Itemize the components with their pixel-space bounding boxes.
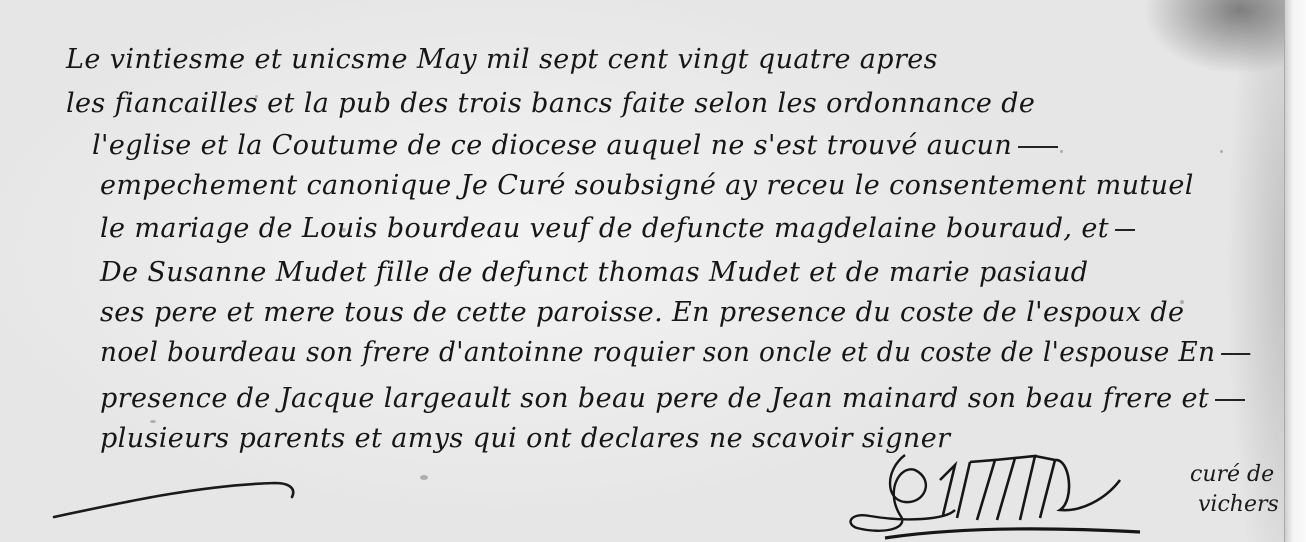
closing-flourish-icon [50,475,310,525]
paper-speck [1060,150,1063,153]
line-text: les fiancailles et la pub des trois banc… [66,88,1035,119]
signature-penin-icon [845,440,1145,540]
line-text: presence de Jacque largeault son beau pe… [100,383,1209,414]
text-line-3: l'eglise et la Coutume de ce diocese auq… [92,130,1058,161]
line-text: l'eglise et la Coutume de ce diocese auq… [92,130,1012,161]
text-line-10: plusieurs parents et amys qui ont declar… [100,423,950,454]
line-filler-rule [1221,353,1250,355]
text-line-8: noel bourdeau son frere d'antoinne roqui… [100,337,1250,368]
line-text: ses pere et mere tous de cette paroisse.… [100,297,1184,328]
register-page: Le vintiesme et unicsme May mil sept cen… [0,0,1306,542]
text-line-9: presence de Jacque largeault son beau pe… [100,383,1245,414]
page-edge [1284,0,1306,542]
line-text: empechement canonique Je Curé soubsigné … [100,170,1194,201]
text-line-4: empechement canonique Je Curé soubsigné … [100,170,1194,201]
text-line-6: De Susanne Mudet fille de defunct thomas… [100,257,1088,288]
line-text: De Susanne Mudet fille de defunct thomas… [100,257,1088,288]
text-line-1: Le vintiesme et unicsme May mil sept cen… [66,44,938,75]
signature-title-line2: vichers [1198,492,1279,517]
line-filler-rule [1215,399,1245,401]
paper-speck [1220,150,1223,153]
paper-speck [420,475,428,480]
line-text: le mariage de Louis bourdeau veuf de def… [100,213,1109,244]
line-text: plusieurs parents et amys qui ont declar… [100,423,950,454]
text-line-7: ses pere et mere tous de cette paroisse.… [100,297,1184,328]
line-text: Le vintiesme et unicsme May mil sept cen… [66,44,938,75]
text-line-2: les fiancailles et la pub des trois banc… [66,88,1035,119]
line-filler-rule [1018,146,1058,148]
line-text: noel bourdeau son frere d'antoinne roqui… [100,337,1215,368]
text-line-5: le mariage de Louis bourdeau veuf de def… [100,213,1135,244]
signature-title-line1: curé de [1190,462,1274,487]
line-filler-rule [1115,229,1135,231]
